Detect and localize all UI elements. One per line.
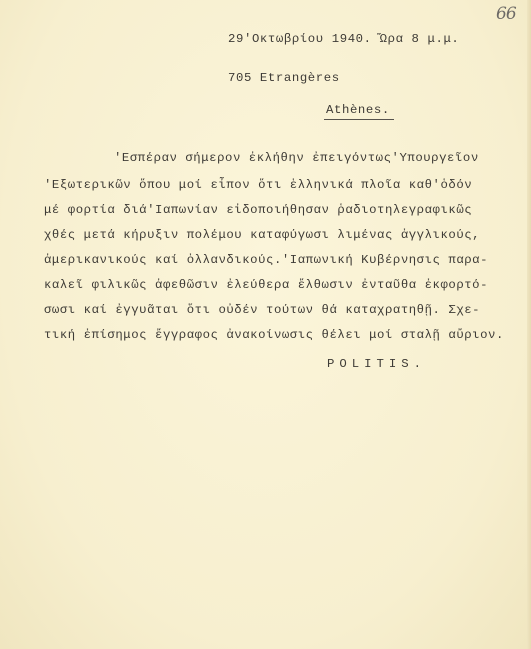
body-line: χθές μετά κήρυξιν πολέμου καταφύγωσι λιμ…: [44, 228, 480, 242]
reference-line: 705 Etrangères: [228, 71, 340, 85]
body-line: 'Εξωτερικῶν ὅπου μοί εἶπον ὅτι ἑλληνικά …: [44, 178, 472, 192]
signature: POLITIS.: [327, 357, 426, 371]
document-page: 66 29'Οκτωβρίου 1940. Ὥρα 8 μ.μ. 705 Etr…: [0, 0, 531, 649]
city-line: Athènes.: [326, 103, 390, 117]
folio-number: 66: [496, 4, 516, 24]
body-line: καλεῖ φιλικῶς ἀφεθῶσιν ἐλεύθερα ἔλθωσιν …: [44, 278, 488, 292]
body-line: τική ἐπίσημος ἔγγραφος ἀνακοίνωσις θέλει…: [44, 328, 504, 342]
body-line: μέ φορτία διά'Ιαπωνίαν εἰδοποιήθησαν ῥαδ…: [44, 203, 472, 217]
body-line: σωσι καί ἐγγυᾶται ὅτι οὐδέν τούτων θά κα…: [44, 303, 480, 317]
paper-edge: [527, 0, 531, 649]
city-underline: [324, 119, 394, 120]
body-line: 'Εσπέραν σήμερον ἐκλήθην ἐπειγόντως'Υπου…: [114, 151, 479, 165]
date-line: 29'Οκτωβρίου 1940. Ὥρα 8 μ.μ.: [228, 32, 459, 46]
body-line: ἀμερικανικούς καί ὀλλανδικούς.'Ιαπωνική …: [44, 253, 488, 267]
